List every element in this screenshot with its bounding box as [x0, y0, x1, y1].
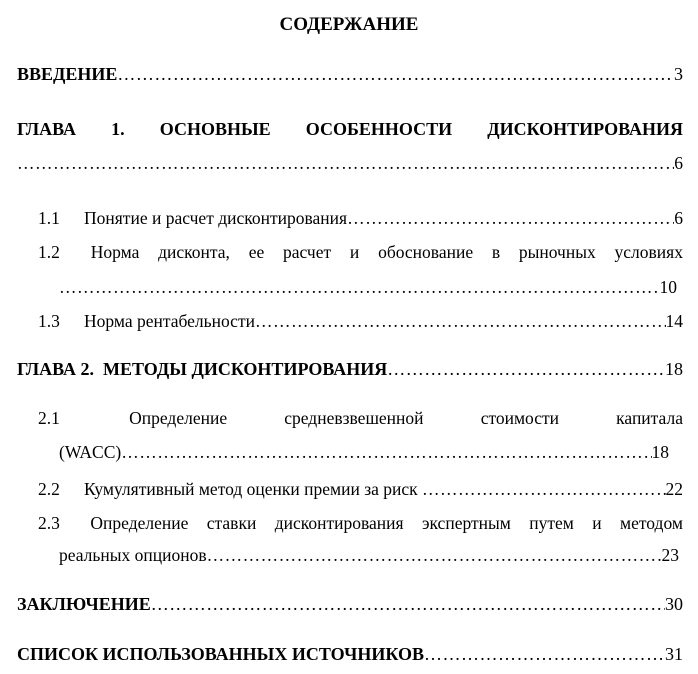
section-number: 2.1: [38, 405, 72, 431]
toc-entry-2-1-leader[interactable]: (WACC) 18: [59, 439, 669, 465]
entry-label: 1.1Понятие и расчет дисконтирования: [38, 205, 347, 231]
entry-label-continued: (WACC): [59, 439, 121, 465]
word: Определение: [129, 405, 227, 431]
word: Норма: [91, 239, 140, 265]
entry-label: ЗАКЛЮЧЕНИЕ: [17, 591, 151, 617]
page-number: 18: [665, 356, 683, 382]
entry-label: 1.3Норма рентабельности: [38, 308, 255, 334]
word: ставки: [207, 510, 257, 536]
section-number: 1.2: [38, 239, 72, 265]
word: дисконтирования: [275, 510, 404, 536]
section-title: Кумулятивный метод оценки премии за риск: [84, 479, 422, 499]
word: Определение: [90, 510, 188, 536]
page-number: 31: [665, 641, 683, 667]
page-number: 10: [660, 274, 678, 300]
toc-entry-1-3[interactable]: 1.3Норма рентабельности 14: [38, 308, 683, 334]
dot-leader: [151, 591, 665, 617]
word: дисконта,: [158, 239, 230, 265]
section-title: Понятие и расчет дисконтирования: [84, 208, 347, 228]
word: ее: [249, 239, 265, 265]
page-number: 23: [662, 542, 680, 568]
page-number: 14: [666, 308, 684, 334]
dot-leader: [424, 641, 665, 667]
dot-leader: [387, 356, 665, 382]
dot-leader: [347, 205, 674, 231]
toc-entry-conclusion[interactable]: ЗАКЛЮЧЕНИЕ 30: [17, 591, 683, 617]
page-number: 22: [666, 476, 684, 502]
entry-label-continued: реальных опционов: [59, 542, 207, 568]
entry-label: СПИСОК ИСПОЛЬЗОВАННЫХ ИСТОЧНИКОВ: [17, 641, 424, 667]
toc-entry-1-2-heading[interactable]: 1.2 Норма дисконта, ее расчет и обоснова…: [38, 239, 683, 265]
dot-leader: [121, 439, 651, 465]
dot-leader: [117, 61, 674, 87]
toc-entry-2-2[interactable]: 2.2Кумулятивный метод оценки премии за р…: [38, 476, 683, 502]
section-number: 2.3: [38, 510, 72, 536]
page-number: 18: [652, 439, 670, 465]
word: капитала: [616, 405, 683, 431]
dot-leader: [207, 542, 662, 568]
entry-label: ВВЕДЕНИЕ: [17, 61, 117, 87]
word: ОСНОВНЫЕ: [160, 116, 271, 142]
page-number: 6: [674, 205, 683, 231]
entry-label: 2.2Кумулятивный метод оценки премии за р…: [38, 476, 422, 502]
dot-leader: [59, 274, 660, 300]
dot-leader: [422, 476, 665, 502]
entry-label: ГЛАВА 2. МЕТОДЫ ДИСКОНТИРОВАНИЯ: [17, 356, 387, 382]
toc-entry-chapter-2[interactable]: ГЛАВА 2. МЕТОДЫ ДИСКОНТИРОВАНИЯ 18: [17, 356, 683, 382]
word: и: [592, 510, 601, 536]
word: стоимости: [481, 405, 559, 431]
toc-entry-2-1-heading[interactable]: 2.1 Определение средневзвешенной стоимос…: [38, 405, 683, 431]
word: в: [492, 239, 500, 265]
word: экспертным: [422, 510, 511, 536]
word: путем: [529, 510, 574, 536]
toc-entry-2-3-leader[interactable]: реальных опционов 23: [59, 542, 679, 568]
dot-leader: [17, 150, 674, 176]
word: 1.: [111, 116, 125, 142]
section-number: 2.2: [38, 476, 84, 502]
word: ОСОБЕННОСТИ: [306, 116, 452, 142]
page-number: 6: [674, 150, 683, 176]
toc-entry-chapter-1-heading[interactable]: ГЛАВА 1. ОСНОВНЫЕ ОСОБЕННОСТИ ДИСКОНТИРО…: [17, 116, 683, 142]
toc-entry-chapter-1-leader[interactable]: 6: [17, 150, 683, 176]
section-number: 1.1: [38, 205, 84, 231]
word: обоснование: [378, 239, 473, 265]
page-number: 3: [674, 61, 683, 87]
word: и: [350, 239, 359, 265]
section-title: Норма рентабельности: [84, 311, 255, 331]
toc-entry-2-3-heading[interactable]: 2.3 Определение ставки дисконтирования э…: [38, 510, 683, 536]
section-number: 1.3: [38, 308, 84, 334]
dot-leader: [255, 308, 666, 334]
word: ГЛАВА: [17, 116, 76, 142]
word: средневзвешенной: [284, 405, 423, 431]
word: методом: [620, 510, 683, 536]
toc-entry-1-2-leader[interactable]: 10: [59, 274, 677, 300]
page-number: 30: [665, 591, 683, 617]
word: рыночных: [519, 239, 596, 265]
toc-entry-introduction[interactable]: ВВЕДЕНИЕ 3: [17, 61, 683, 87]
word: условиях: [615, 239, 683, 265]
word: расчет: [283, 239, 331, 265]
toc-title: СОДЕРЖАНИЕ: [0, 11, 698, 39]
toc-entry-1-1[interactable]: 1.1Понятие и расчет дисконтирования 6: [38, 205, 683, 231]
word: ДИСКОНТИРОВАНИЯ: [487, 116, 683, 142]
toc-entry-references[interactable]: СПИСОК ИСПОЛЬЗОВАННЫХ ИСТОЧНИКОВ 31: [17, 641, 683, 667]
